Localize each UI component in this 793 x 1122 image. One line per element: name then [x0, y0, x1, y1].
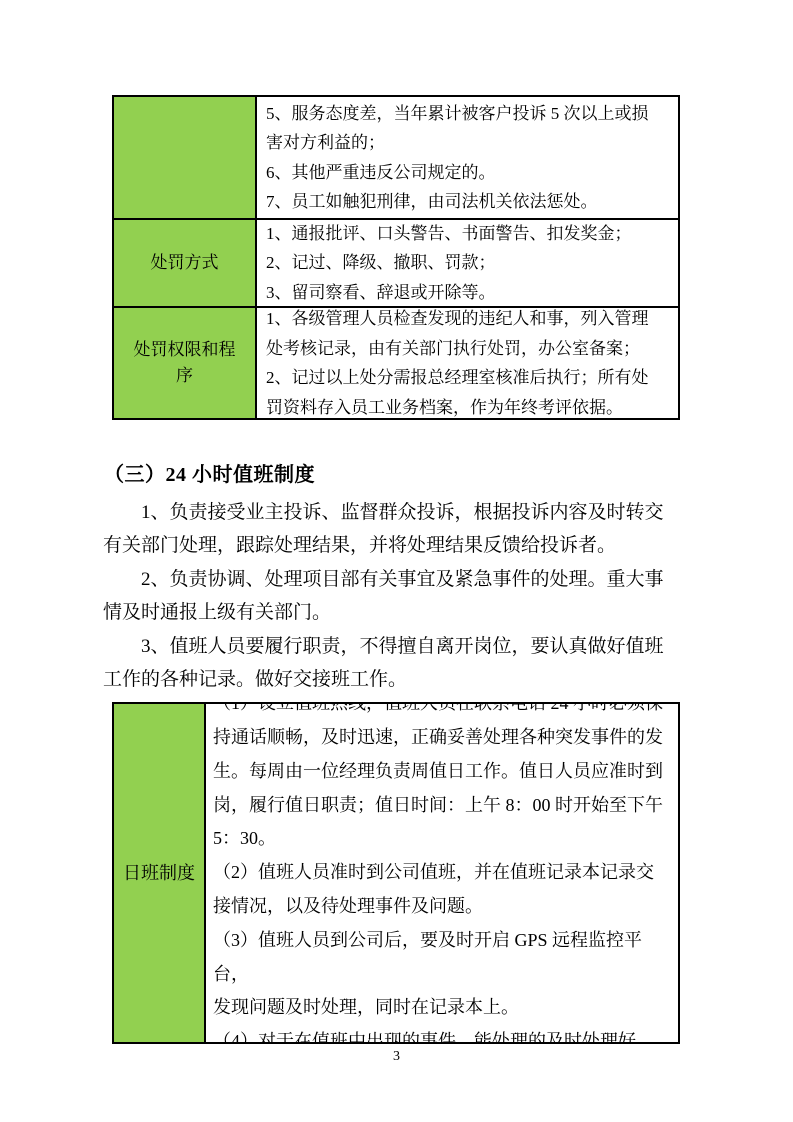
duty-table-content: （1）设立值班热线，值班人员在联系电话 24 小时必须保持通话顺畅，及时迅速，正…: [206, 704, 678, 1042]
document-page: 5、服务态度差，当年累计被客户投诉 5 次以上或损害对方利益的；6、其他严重违反…: [0, 0, 793, 1122]
page-number: 3: [0, 1049, 793, 1065]
section-body: 1、负责接受业主投诉、监督群众投诉，根据投诉内容及时转交有关部门处理，跟踪处理结…: [103, 496, 693, 696]
punishment-row3-content: 1、各级管理人员检查发现的违纪人和事，列入管理处考核记录，由有关部门执行处罚，办…: [257, 306, 678, 418]
paragraph-2: 2、负责协调、处理项目部有关事宜及紧急事件的处理。重大事情及时通报上级有关部门。: [103, 563, 693, 630]
punishment-row3-label: 处罚权限和程序: [114, 306, 257, 418]
section-heading: （三）24 小时值班制度: [104, 458, 315, 487]
duty-table-label: 日班制度: [114, 704, 206, 1042]
punishment-table: 5、服务态度差，当年累计被客户投诉 5 次以上或损害对方利益的；6、其他严重违反…: [112, 95, 680, 420]
paragraph-3: 3、值班人员要履行职责，不得擅自离开岗位，要认真做好值班工作的各种记录。做好交接…: [103, 630, 693, 697]
duty-table: 日班制度 （1）设立值班热线，值班人员在联系电话 24 小时必须保持通话顺畅，及…: [112, 702, 680, 1044]
punishment-row1-label: [114, 97, 257, 218]
punishment-row1-content: 5、服务态度差，当年累计被客户投诉 5 次以上或损害对方利益的；6、其他严重违反…: [257, 97, 678, 218]
paragraph-1: 1、负责接受业主投诉、监督群众投诉，根据投诉内容及时转交有关部门处理，跟踪处理结…: [103, 496, 693, 563]
punishment-row2-content: 1、通报批评、口头警告、书面警告、扣发奖金；2、记过、降级、撤职、罚款；3、留司…: [257, 218, 678, 306]
punishment-row2-label: 处罚方式: [114, 218, 257, 306]
